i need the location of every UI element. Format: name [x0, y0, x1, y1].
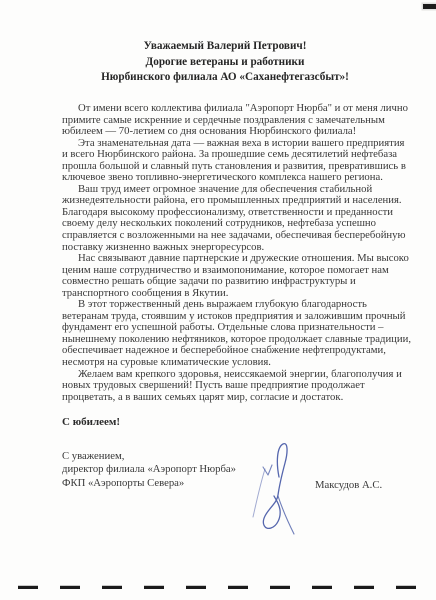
tear-dash	[312, 586, 332, 589]
heading-line: Дорогие ветераны и работники	[14, 55, 436, 71]
tear-line	[18, 586, 416, 589]
body-line: От имени всего коллектива филиала "Аэроп…	[62, 103, 398, 115]
signature-block-line: ФКП «Аэропорты Севера»	[62, 477, 236, 490]
body-line: и всего Нюрбинского района. За прошедшие…	[62, 149, 398, 161]
tear-dash	[60, 586, 80, 589]
tear-dash	[18, 586, 38, 589]
scan-artifact-top-right	[423, 4, 436, 9]
letter-page: Уважаемый Валерий Петрович! Дорогие вете…	[0, 0, 436, 600]
signature-block-line: директор филиала «Аэропорт Нюрба»	[62, 463, 236, 476]
letter-body: От имени всего коллектива филиала "Аэроп…	[62, 103, 398, 403]
signature-ink	[240, 430, 304, 548]
body-line: Нас связывают давние партнерские и друже…	[62, 253, 398, 265]
letter-closing: С юбилеем!	[62, 416, 120, 428]
tear-dash	[354, 586, 374, 589]
heading-line: Уважаемый Валерий Петрович!	[14, 39, 436, 55]
tear-dash	[102, 586, 122, 589]
tear-dash	[228, 586, 248, 589]
letter-heading: Уважаемый Валерий Петрович! Дорогие вете…	[14, 39, 436, 86]
signature-block: С уважением, директор филиала «Аэропорт …	[62, 450, 236, 490]
tear-dash	[186, 586, 206, 589]
body-line: процветать, а в ваших семьях царят мир, …	[62, 392, 398, 404]
tear-dash	[396, 586, 416, 589]
signature-block-line: С уважением,	[62, 450, 236, 463]
tear-dash	[270, 586, 290, 589]
body-line: справляется с возложенными на нее задача…	[62, 230, 398, 242]
body-line: несмотря на суровые климатические услови…	[62, 357, 398, 369]
heading-line: Нюрбинского филиала АО «Саханефтегазсбыт…	[14, 70, 436, 86]
body-line: юбилеем — 70-летием со дня основания Нюр…	[62, 126, 398, 138]
tear-dash	[144, 586, 164, 589]
signer-name: Максудов А.С.	[315, 479, 382, 491]
body-line: новых трудовых свершений! Пусть ваше пре…	[62, 380, 398, 392]
